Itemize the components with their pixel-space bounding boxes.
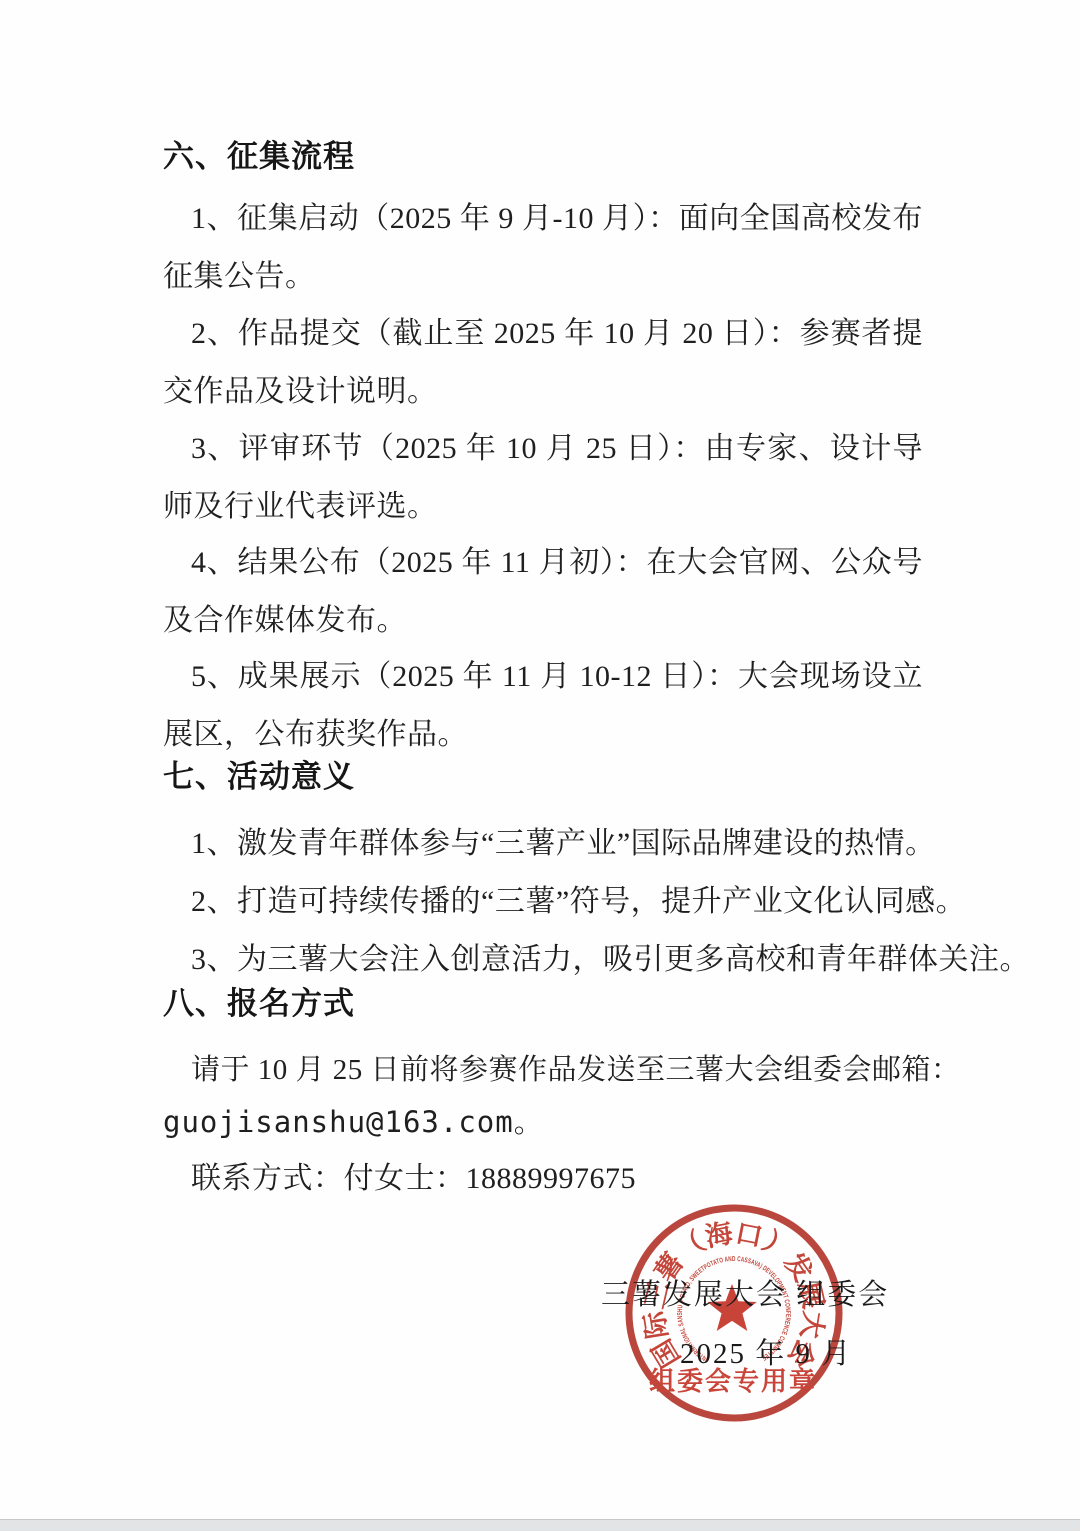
signature-date: 2025 年 9 月 (680, 1331, 852, 1372)
section-6-item-3: 3、评审环节（2025 年 10 月 25 日）：由专家、设计导师及行业代表评选… (163, 420, 923, 535)
section-6-heading: 六、征集流程 (163, 137, 923, 177)
section-6-item-1: 1、征集启动（2025 年 9 月-10 月）：面向全国高校发布征集公告。 (163, 190, 923, 305)
signature-organization: 三薯发展大会 组委会 (601, 1272, 889, 1313)
viewer-bottom-edge (0, 1519, 1080, 1531)
email-address: guojisanshu@163.com。 (163, 1100, 923, 1144)
section-6-item-5: 5、成果展示（2025 年 11 月 10-12 日）：大会现场设立展区，公布获… (163, 648, 923, 763)
section-8-heading: 八、报名方式 (163, 984, 923, 1024)
section-6-item-4: 4、结果公布（2025 年 11 月初）：在大会官网、公众号及合作媒体发布。 (163, 534, 923, 649)
section-6-item-2: 2、作品提交（截止至 2025 年 10 月 20 日）：参赛者提交作品及设计说… (163, 305, 923, 420)
document-page: 六、征集流程 1、征集启动（2025 年 9 月-10 月）：面向全国高校发布征… (0, 0, 1080, 1531)
section-7-heading: 七、活动意义 (163, 757, 923, 797)
official-seal-stamp: 国际三薯（海口）发展大会 INTERNATIONAL SANSHU (POTAT… (619, 1198, 849, 1428)
section-7-item-1: 1、激发青年群体参与“三薯产业”国际品牌建设的热情。 (163, 815, 923, 873)
section-8-line: 请于 10 月 25 日前将参赛作品发送至三薯大会组委会邮箱： (163, 1042, 923, 1100)
section-7-item-3: 3、为三薯大会注入创意活力，吸引更多高校和青年群体关注。 (163, 931, 923, 989)
section-7-item-2: 2、打造可持续传播的“三薯”符号，提升产业文化认同感。 (163, 873, 923, 931)
